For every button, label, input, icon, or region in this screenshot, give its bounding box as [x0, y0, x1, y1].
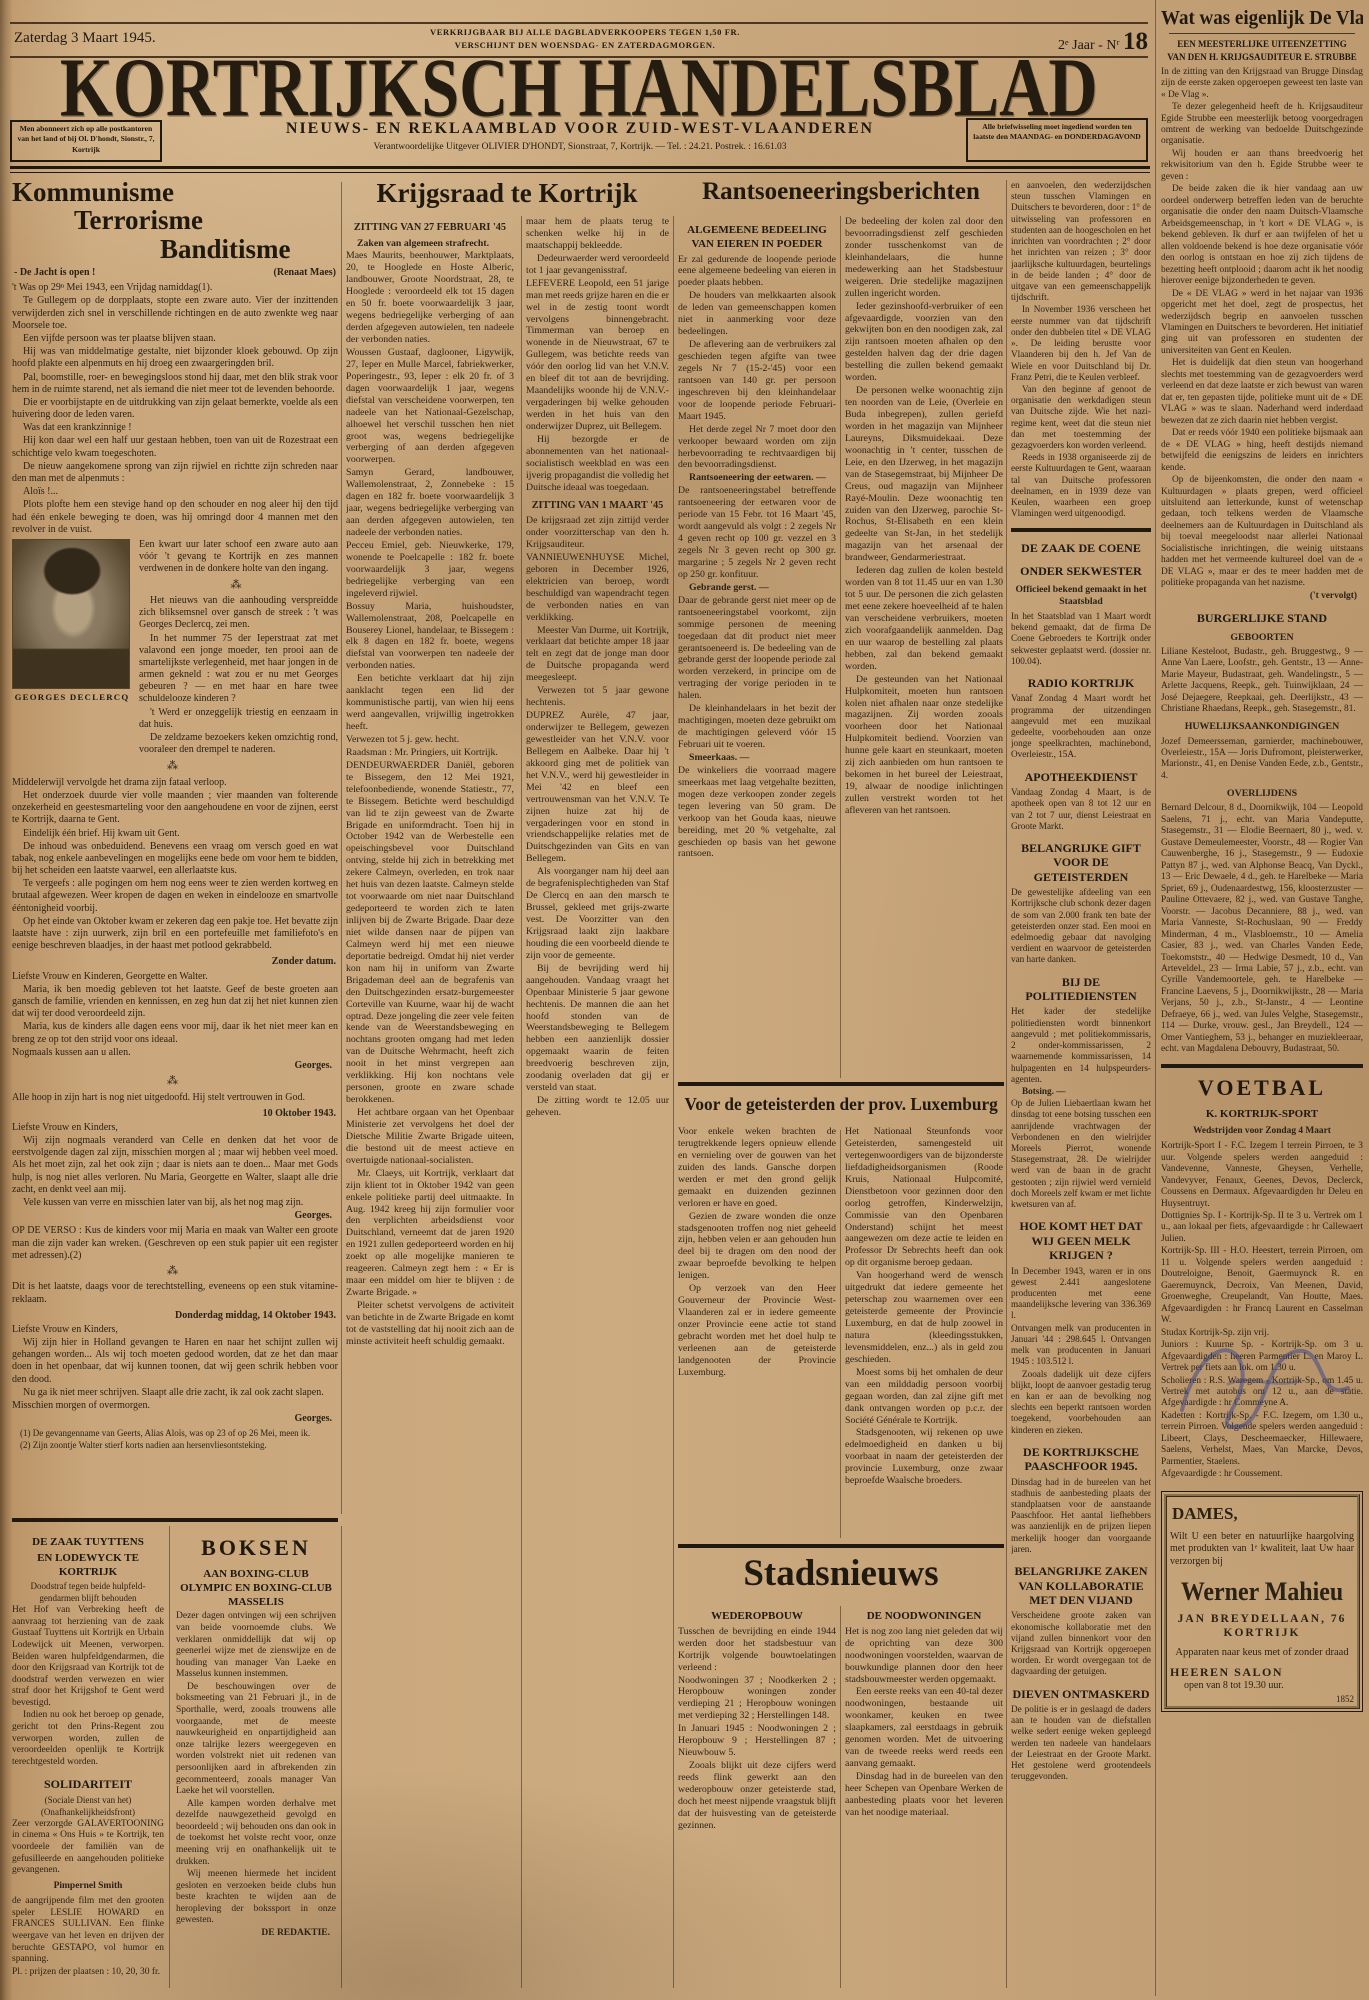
paragraph: Bij de bevrijding werd hij aangehouden. …: [526, 963, 669, 1094]
paragraph: Te vergeefs : alle pogingen om hem nog e…: [12, 878, 338, 915]
paragraph: Raadsman : Mr. Pringiers, uit Kortrijk.: [346, 747, 514, 759]
devlag-subtitle-1: EEN MEESTERLIJKE UITEENZETTING: [1161, 38, 1363, 50]
paragraph: Indien nu ook het beroep op genade, geri…: [12, 1710, 164, 1768]
section-headline: VOETBAL: [1161, 1076, 1363, 1100]
devlag-headline: Wat was eigenlijk De Vlag ?: [1161, 6, 1353, 30]
subscribe-box: Men abonneert zich op alle postkantoren …: [10, 120, 162, 162]
paragraph: Gezien de zware wonden die onze stadsgen…: [678, 1211, 836, 1283]
heavy-rule: [1011, 528, 1151, 532]
paragraph: Samyn Gerard, landbouwer, Wallemolenstra…: [346, 467, 514, 539]
paragraph: Wij zijn hier in Holland gevangen te Har…: [12, 1337, 338, 1386]
column-rule-2: [521, 216, 522, 1988]
paragraph: Kortrijk-Sp. III - H.O. Heestert, terrei…: [1161, 1246, 1363, 1326]
col5r-body: en aanvoelen, den wederzijdschen steun t…: [1011, 180, 1151, 1783]
paragraph: De zeldzame bezoekers keken omzichtig ro…: [139, 732, 338, 756]
paragraph: De nieuw aangekomene sprong van zijn rij…: [12, 461, 338, 485]
column-stadsnieuws-1: WEDEROPBOUWTusschen de bevrijding en ein…: [678, 1602, 836, 1988]
section-heading: DE KORTRIJKSCHE PAASCHFOOR 1945.: [1011, 1445, 1151, 1474]
paragraph: De beide zaken die ik hier vandaag aan u…: [1161, 184, 1363, 287]
ad-address-line-2: KORTRIJK: [1170, 1626, 1354, 1640]
photo-row: GEORGES DECLERCQ Een kwart uur later sch…: [12, 539, 338, 757]
paragraph: LEFEVERE Leopold, een 51 jarige man met …: [526, 278, 669, 433]
paragraph: Middelerwijl vervolgde het drama zijn fa…: [12, 777, 338, 789]
kommunisme-body-c: ⁂Middelerwijl vervolgde het drama zijn f…: [12, 760, 338, 1451]
paragraph: Te Gullegem op de dorpplaats, stopte een…: [12, 295, 338, 332]
paragraph: De kleinhandelaars in het bezit der mach…: [678, 703, 836, 751]
paragraph: Woussen Gustaaf, daglooner, Ligywijk, 27…: [346, 347, 514, 466]
paragraph: De personen welke woonachtig zijn ten no…: [845, 385, 1003, 564]
section-heading: DIEVEN ONTMASKERD: [1011, 1687, 1151, 1701]
kicker: - De Jacht is open !: [14, 267, 95, 279]
signature: Georges.: [12, 1210, 332, 1222]
subheading-line: Doodstraf tegen beide hulpfeld-: [12, 1581, 164, 1592]
signature: ('t vervolgt): [1161, 591, 1357, 602]
bold-lead-paragraph: Gebrande gerst. —: [678, 582, 836, 594]
paragraph: De houders van melkkaarten alsook de led…: [678, 290, 836, 338]
column-rule-4b: [840, 1130, 841, 1538]
paragraph: Vanaf Zondag 4 Maart wordt het programma…: [1011, 693, 1151, 760]
bottom-left-section-rule: [12, 1518, 338, 1522]
section-heading: ONDER SEKWESTER: [1011, 564, 1151, 578]
krijgsraad-col2-body: ZITTING VAN 27 FEBRUARI '45Zaken van alg…: [346, 222, 514, 1348]
devlag-body: In de zitting van den Krijgsraad van Bru…: [1161, 67, 1363, 603]
signature: DE REDAKTIE.: [176, 1928, 330, 1940]
paragraph: Liefste Vrouw en Kinderen, Georgette en …: [12, 971, 338, 983]
paragraph: Kortrijk-Sport I - F.C. Izegem I terrein…: [1161, 1141, 1363, 1210]
paragraph: Op verzoek van den Heer Gouverneur der P…: [678, 1283, 836, 1379]
paragraph: Maria, ik ben moedig gebleven tot het la…: [12, 984, 338, 1021]
column-city-notices: en aanvoelen, den wederzijdschen steun t…: [1011, 180, 1151, 1988]
paragraph: De gesteunden van het Nationaal Hulpkomi…: [845, 674, 1003, 817]
ad-business-name: Werner Mahieu: [1177, 1576, 1346, 1608]
stadsnieuws-col2-body: DE NOODWONINGENHet is nog zoo lang niet …: [845, 1610, 1003, 1819]
paragraph: Vandaag Zondag 4 Maart, is de apotheek o…: [1011, 787, 1151, 832]
paragraph: Er zal gedurende de loopende periode een…: [678, 254, 836, 290]
paragraph: 't Werd er onzeggelijk triestig en eenza…: [139, 707, 338, 731]
paragraph: In het Staatsblad van 1 Maart wordt beke…: [1011, 611, 1151, 667]
paragraph: De rantsoeneeringstabel betreffende rant…: [678, 485, 836, 581]
paragraph: De « DE VLAG » werd in het najaar van 19…: [1161, 289, 1363, 358]
headline-line-2: Terrorisme: [74, 206, 338, 234]
section-heading: RADIO KORTRIJK: [1011, 676, 1151, 690]
paragraph: Het is nog zoo lang niet geleden dat wij…: [845, 1626, 1003, 1686]
issue-no: 18: [1123, 28, 1148, 55]
header-bottom-rule: [10, 166, 1150, 173]
paragraph: Daar de gebrande gerst niet meer op de r…: [678, 595, 836, 702]
paragraph: Reeds in 1938 organiseerde zij de eerste…: [1011, 452, 1151, 519]
krijgsraad-headline: Krijgsraad te Kortrijk: [344, 178, 670, 209]
separator-ornament: ⁂: [139, 579, 338, 592]
section-heading: HOE KOMT HET DAT WIJ GEEN MELK KRIJGEN ?: [1011, 1219, 1151, 1262]
paragraph: Zooals dadelijk uit deze cijfers blijkt,…: [1011, 1369, 1151, 1436]
paragraph: Scholieren : R.S. Waregem - Kortrijk-Sp.…: [1161, 1376, 1363, 1410]
footnote: (2) Zijn zoontje Walter stierf korts nad…: [12, 1440, 338, 1451]
bold-lead-paragraph: Smeerkaas. —: [678, 752, 836, 764]
paragraph: De inhoud was onbeduidend. Benevens een …: [12, 841, 338, 878]
section-heading: BURGERLIJKE STAND: [1161, 611, 1363, 625]
paragraph: De beschouwingen over de boksmeeting van…: [176, 1682, 336, 1798]
paragraph: Noodwoningen 37 ; Noodkerken 2 ; Heropbo…: [678, 1675, 836, 1723]
paragraph: Moest soms bij het omhalen de deur van e…: [845, 1367, 1003, 1427]
publisher-line: Verantwoordelijke Uitgever OLIVIER D'HON…: [200, 142, 960, 152]
paragraph: In Januari 1945 : Noodwoningen 2 ; Herop…: [678, 1723, 836, 1759]
stadsnieuws-top-rule: [678, 1544, 1004, 1548]
ad-dames-line: DAMES,: [1172, 1504, 1354, 1525]
subheading-line: gendarmen blijft behouden: [12, 1593, 164, 1604]
paragraph: Bernard Delcour, 8 d., Doornikwijk, 104 …: [1161, 803, 1363, 1055]
paragraph: Hij kon daar wel een half uur gestaan he…: [12, 435, 338, 459]
paragraph: DENDEURWAERDER Daniël, geboren te Bisseg…: [346, 760, 514, 1106]
section-subheading: WEDEROPBOUW: [678, 1610, 836, 1624]
luxemburg-top-rule: [678, 1082, 1004, 1086]
column-luxemburg-2: Het Nationaal Steunfonds voor Geteisterd…: [845, 1126, 1003, 1538]
paragraph: In November 1936 verscheen het eerste nu…: [1011, 304, 1151, 383]
paragraph: Als voorganger nam hij deel aan de begra…: [526, 866, 669, 962]
paragraph: Vele kussen van verre en misschien later…: [12, 1197, 338, 1209]
voetbal-section: VOETBALK. KORTRIJK-SPORTWedstrijden voor…: [1161, 1076, 1363, 1481]
paragraph: Het Nationaal Steunfonds voor Geteisterd…: [845, 1126, 1003, 1269]
section-heading: SOLIDARITEIT: [12, 1777, 164, 1791]
paragraph: Voor enkele weken brachten de terugtrekk…: [678, 1126, 836, 1210]
paragraph: Een kwart uur later schoof een zware aut…: [139, 539, 338, 576]
tuyttens-headline-1: DE ZAAK TUYTTENS: [12, 1536, 164, 1550]
paragraph: Te dezer gelegenheid heeft de h. Krijgsa…: [1161, 102, 1363, 148]
subheading: OVERLIJDENS: [1161, 788, 1363, 800]
subtitle-line: NIEUWS- EN REKLAAMBLAD VOOR ZUID-WEST-VL…: [200, 120, 960, 138]
paragraph: Mr. Claeys, uit Kortrijk, verklaart dat …: [346, 1168, 514, 1299]
paragraph: Kadetten : Kortrijk-Sp. - F.C. Izegem, o…: [1161, 1411, 1363, 1468]
hairdresser-ad: DAMES, Wilt U een beter en natuurlijke h…: [1161, 1491, 1363, 1712]
headline-line-1: Kommunisme: [12, 178, 338, 206]
paragraph: Liliane Kesteloot, Budastr., geh. Brugge…: [1161, 647, 1363, 716]
paragraph: Een vijfde persoon was ter plaatse blijv…: [12, 333, 338, 345]
devlag-rule: [1169, 33, 1355, 34]
paragraph: In de zitting van den Krijgsraad van Bru…: [1161, 67, 1363, 101]
column-stadsnieuws-2: DE NOODWONINGENHet is nog zoo lang niet …: [845, 1602, 1003, 1988]
paragraph: Iederen dag zullen de kolen besteld word…: [845, 565, 1003, 672]
ad-salon-line: HEEREN SALON: [1170, 1665, 1354, 1680]
paragraph: Op het einde van Oktober kwam er zekeren…: [12, 916, 338, 953]
paragraph: De gewestelijke afdeeling van een Kortri…: [1011, 887, 1151, 966]
paragraph: Het derde zegel Nr 7 moet door den verko…: [678, 424, 836, 472]
paragraph: Dinsdag had in de bureelen van den heer …: [845, 1771, 1003, 1819]
correspondence-box: Alle briefwisseling moet ingediend worde…: [966, 118, 1148, 162]
paragraph: Bossuy Maria, huishoudster, Wallemolenst…: [346, 601, 514, 673]
column-rantsoen-2: De bedeeling der kolen zal door den bevo…: [845, 216, 1003, 1078]
bold-lead-paragraph: Zaken van algemeen strafrecht.: [346, 238, 514, 250]
kommunisme-body-a: 't Was op 29ⁿ Mei 1943, een Vrijdag nami…: [12, 282, 338, 536]
column-rule-1c: [341, 1526, 342, 1988]
portrait-photo: [12, 539, 130, 689]
paragraph: Van hoogerhand werd de wensch uitgedrukt…: [845, 1270, 1003, 1366]
paragraph: Dit is het laatste, daags voor de terech…: [12, 1281, 338, 1305]
separator-ornament: ⁂: [12, 1265, 338, 1278]
column-boksen: BOKSENAAN BOXING-CLUB OLYMPIC EN BOXING-…: [176, 1528, 336, 1988]
subheading: ZITTING VAN 1 MAART '45: [526, 500, 669, 513]
bold-lead-paragraph: Rantsoeneering der eetwaren. —: [678, 472, 836, 484]
stadsnieuws-headline: Stadsnieuws: [678, 1552, 1004, 1595]
paragraph: Wij houden er aan thans breedvoerig het …: [1161, 149, 1363, 183]
bold-centered-line: Wedstrijden voor Zondag 4 Maart: [1161, 1126, 1363, 1137]
kicker-row: - De Jacht is open ! (Renaat Maes): [14, 267, 336, 279]
bold-lead-paragraph: Botsing. —: [1011, 1086, 1151, 1097]
paragraph: Alle hoop in zijn hart is nog niet uitge…: [12, 1092, 338, 1104]
subheading: Officieel bekend gemaakt in het Staatsbl…: [1011, 584, 1151, 608]
luxemburg-headline: Voor de geteisterden der prov. Luxemburg: [685, 1094, 998, 1115]
paragraph: Maria, kus de kinders alle dagen eens vo…: [12, 1021, 338, 1045]
section-subheading: K. KORTRIJK-SPORT: [1161, 1108, 1363, 1122]
column-right-rail: Wat was eigenlijk De Vlag ? EEN MEESTERL…: [1161, 6, 1363, 1994]
kommunisme-headline: Kommunisme Terrorisme Banditisme: [12, 178, 338, 263]
column-krijgsraad-1: ZITTING VAN 27 FEBRUARI '45Zaken van alg…: [346, 216, 514, 1988]
paragraph: Meester Van Durme, uit Kortrijk, verklaa…: [526, 625, 669, 685]
paragraph: Liefste Vrouw en Kinders,: [12, 1122, 338, 1134]
paragraph: Verwezen tot 5 jaar gewone hechtenis.: [526, 685, 669, 709]
section-heading: BIJ DE POLITIEDIENSTEN: [1011, 975, 1151, 1004]
signature: Georges.: [12, 1060, 332, 1072]
paragraph: Wij zijn nogmaals veranderd van Celle en…: [12, 1135, 338, 1196]
column-krijgsraad-2: maar hem de plaats terug te schenken wel…: [526, 216, 669, 1988]
paragraph: Pecceu Emiel, geb. Nieuwkerke, 179, wone…: [346, 540, 514, 600]
paragraph: de aangrijpende film met den grooten spe…: [12, 1896, 164, 1965]
paragraph: Van den beginne af genoot de organisatie…: [1011, 384, 1151, 451]
paragraph: DUPREZ Aurèle, 47 jaar, onderwijzer te B…: [526, 710, 669, 865]
burgerlijke-stand: BURGERLIJKE STANDGEBOORTENLiliane Kestel…: [1161, 611, 1363, 1068]
separator-ornament: ⁂: [12, 1075, 338, 1088]
paragraph: Ontvangen melk van producenten in Januar…: [1011, 1323, 1151, 1368]
paragraph: Wij meenen hiermede het incident geslote…: [176, 1869, 336, 1927]
column-rantsoen-1: ALGEMEENE BEDEELING VAN EIEREN IN POEDER…: [678, 216, 836, 1078]
paragraph: De politie is er in geslaagd de daders a…: [1011, 1704, 1151, 1783]
column-rule-1b: [169, 1526, 170, 1988]
subheading: GEBOORTEN: [1161, 632, 1363, 644]
column-rule-1: [341, 182, 342, 1514]
paragraph: Het achtbare orgaan van het Openbaar Min…: [346, 1107, 514, 1167]
column-rule-4c: [840, 1606, 841, 1988]
paragraph: Jozef Demeersseman, garnierder, machineb…: [1161, 737, 1363, 783]
tuyttens-headline-2: EN LODEWYCK TE KORTRIJK: [12, 1552, 164, 1580]
rantsoen-headline: Rantsoeneeringsberichten: [678, 178, 1004, 206]
column-rule-4a: [840, 216, 841, 1078]
paragraph: Pleiter schetst vervolgens de activiteit…: [346, 1300, 514, 1348]
paragraph: De krijgsraad zet zijn zittijd verder on…: [526, 515, 669, 551]
headline-line-3: Banditisme: [160, 235, 338, 263]
paragraph: Dinsdag had in de bureelen van het stadh…: [1011, 1477, 1151, 1556]
paragraph: Afgevaardigde : hr Coussement.: [1161, 1469, 1363, 1480]
paragraph: Die er voorbijstapte en de uitdrukking v…: [12, 397, 338, 421]
section-headline: BOKSEN: [176, 1536, 336, 1560]
paragraph: Liefste Vrouw en Kinders,: [12, 1324, 338, 1336]
ad-reference-number: 1852: [1170, 1694, 1354, 1705]
paragraph: Verwezen tot 5 j. gew. hecht.: [346, 734, 514, 746]
paragraph: Stadsgenooten, wij rekenen op uwe edelmo…: [845, 1427, 1003, 1487]
paragraph: Op de bijeenkomsten, die onder den naam …: [1161, 475, 1363, 590]
krijgsraad-col3-body: maar hem de plaats terug te schenken wel…: [526, 216, 669, 1119]
paragraph: maar hem de plaats terug te schenken wel…: [526, 216, 669, 252]
paragraph: Pl. : prijzen der plaatsen : 10, 20, 30 …: [12, 1967, 164, 1979]
boksen-body: BOKSENAAN BOXING-CLUB OLYMPIC EN BOXING-…: [176, 1536, 336, 1940]
header-subtitle: NIEUWS- EN REKLAAMBLAD VOOR ZUID-WEST-VL…: [200, 120, 960, 152]
rantsoen-col5-body: De bedeeling der kolen zal door den bevo…: [845, 216, 1003, 817]
paragraph: Het kader der stedelijke politiediensten…: [1011, 1006, 1151, 1085]
luxemburg-col2-body: Het Nationaal Steunfonds voor Geteisterd…: [845, 1126, 1003, 1487]
footnote: (1) De gevangenname van Geerts, Alias Al…: [12, 1428, 338, 1439]
section-subheading: ALGEMEENE BEDEELING VAN EIEREN IN POEDER: [678, 224, 836, 252]
paragraph: OP DE VERSO : Kus de kinders voor mij Ma…: [12, 1225, 338, 1262]
paragraph: De winkeliers die voorraad magere smeerk…: [678, 765, 836, 861]
paragraph: Een eerste reeks van een 40-tal dezer no…: [845, 1686, 1003, 1770]
dateline: Donderdag middag, 14 Oktober 1943.: [12, 1310, 336, 1322]
paragraph: VANNIEUWENHUYSE Michel, geboren in Decem…: [526, 552, 669, 624]
paragraph: Nogmaals kussen aan u allen.: [12, 1047, 338, 1059]
rantsoen-col4-body: ALGEMEENE BEDEELING VAN EIEREN IN POEDER…: [678, 224, 836, 860]
paragraph: en aanvoelen, den wederzijdschen steun t…: [1011, 180, 1151, 303]
column-luxemburg-1: Voor enkele weken brachten de terugtrekk…: [678, 1126, 836, 1538]
photo-caption: GEORGES DECLERCQ: [12, 692, 132, 703]
ad-address-line-1: JAN BREYDELLAAN, 76: [1170, 1612, 1354, 1626]
paragraph: Dat er reeds vóór 1940 een politieke bij…: [1161, 428, 1363, 474]
paragraph: Pal, boomstille, roer- en bewegingsloos …: [12, 372, 338, 396]
newspaper-page: Zaterdag 3 Maart 1945. VERKRIJGBAAR BIJ …: [0, 0, 1369, 2000]
column-rule-5: [1006, 180, 1007, 1988]
signature: Georges.: [12, 1413, 332, 1425]
section-heading: DE ZAAK DE COENE: [1011, 541, 1151, 555]
dateline: 10 Oktober 1943.: [12, 1108, 336, 1120]
paragraph: Dottignies Sp. I - Kortrijk-Sp. II te 3 …: [1161, 1211, 1363, 1245]
paragraph: Plots plofte hem een stevige hand op den…: [12, 499, 338, 536]
paragraph: Dedeurwaerder werd veroordeeld tot 1 jaa…: [526, 253, 669, 277]
paragraph: Eindelijk één brief. Hij kwam uit Gent.: [12, 828, 338, 840]
paragraph: Het is duidelijk dat dien steun van hoog…: [1161, 358, 1363, 427]
section-heading: APOTHEEKDIENST: [1011, 770, 1151, 784]
paragraph: Studax Kortrijk-Sp. zijn vrij.: [1161, 1328, 1363, 1339]
heavy-rule: [1161, 1064, 1363, 1068]
paragraph: Hij bezorgde er de abonnementen van het …: [526, 434, 669, 494]
subheading-line: (Sociale Dienst van het): [12, 1795, 164, 1806]
paragraph: Dezer dagen ontvingen wij een schrijven …: [176, 1611, 336, 1680]
paragraph: Ieder gezinshoofd-verbruiker of een afge…: [845, 301, 1003, 385]
paragraph: Alle kampen worden derhalve met dezelfde…: [176, 1799, 336, 1868]
header-top-rule: [10, 22, 1148, 24]
column-rule-6: [1155, 0, 1156, 1996]
masthead-title: KORTRIJKSCH HANDELSBLAD: [10, 62, 1148, 120]
paragraph: In het nummer 75 der Ieperstraat zat met…: [139, 633, 338, 706]
byline: (Renaat Maes): [274, 267, 336, 279]
paragraph: De bedeeling der kolen zal door den bevo…: [845, 216, 1003, 300]
paragraph: Tusschen de bevrijding en einde 1944 wer…: [678, 1626, 836, 1674]
paragraph: Het onderzoek duurde vier volle maanden …: [12, 790, 338, 827]
paragraph: Een betichte verklaart dat hij zijn aank…: [346, 673, 514, 733]
section-heading: BELANGRIJKE ZAKEN VAN KOLLABORATIE MET D…: [1011, 1564, 1151, 1607]
paragraph: Was dat een krankzinnige !: [12, 422, 338, 434]
devlag-subtitle-2: VAN DEN H. KRIJGSAUDITEUR E. STRUBBE: [1161, 51, 1363, 63]
paragraph: Misschien morgen of overmorgen.: [12, 1400, 338, 1412]
column-rule-3: [673, 216, 674, 1988]
paragraph: Nu ga ik niet meer schrijven. Slaapt all…: [12, 1387, 338, 1399]
bold-centered-line: Pimpernel Smith: [12, 1881, 164, 1893]
dateline: Zonder datum.: [12, 956, 336, 968]
paragraph: De zitting wordt te 12.05 uur geheven.: [526, 1095, 669, 1119]
paragraph: Op de Julien Liebaertlaan kwam het dinsd…: [1011, 1098, 1151, 1210]
paragraph: De aflevering aan de verbruikers zal ges…: [678, 339, 836, 423]
portrait-figure: GEORGES DECLERCQ: [12, 539, 132, 757]
paragraph: Juniors : Kuurne Sp. - Kortrijk-Sp. om 3…: [1161, 1340, 1363, 1374]
section-subheading: DE NOODWONINGEN: [845, 1610, 1003, 1624]
luxemburg-col1-body: Voor enkele weken brachten de terugtrekk…: [678, 1126, 836, 1379]
availability-line-1: VERKRIJGBAAR BIJ ALLE DAGBLADVERKOOPERS …: [390, 26, 780, 39]
stadsnieuws-col1-body: WEDEROPBOUWTusschen de bevrijding en ein…: [678, 1610, 836, 1832]
paragraph: Maes Maurits, beenhouwer, Marktplaats, 2…: [346, 250, 514, 346]
ad-body-text: Wilt U een beter en natuurlijke haargolv…: [1170, 1531, 1354, 1569]
column-tuyttens-solidariteit: DE ZAAK TUYTTENS EN LODEWYCK TE KORTRIJK…: [12, 1528, 164, 1988]
paragraph: Zooals blijkt uit deze cijfers werd reed…: [678, 1760, 836, 1832]
subheading-line: (Onafhankelijkheidsfront): [12, 1807, 164, 1818]
paragraph: Aloïs !...: [12, 486, 338, 498]
ad-apparatus-line: Apparaten naar keus met of zonder draad: [1170, 1646, 1354, 1660]
subheading: HUWELIJKSAANKONDIGINGEN: [1161, 721, 1363, 733]
section-subheading: AAN BOXING-CLUB OLYMPIC EN BOXING-CLUB M…: [176, 1568, 336, 1609]
ad-hours-line: open van 8 tot 19.30 uur.: [1184, 1680, 1354, 1692]
paragraph: In December 1943, waren er in ons gewest…: [1011, 1266, 1151, 1322]
paragraph: Verscheidene groote zaken van ekonomisch…: [1011, 1610, 1151, 1677]
kommunisme-body-b: Een kwart uur later schoof een zware aut…: [139, 539, 338, 757]
subheading: ZITTING VAN 27 FEBRUARI '45: [346, 222, 514, 235]
column-kommunisme: Kommunisme Terrorisme Banditisme - De Ja…: [12, 178, 338, 1514]
section-heading: BELANGRIJKE GIFT VOOR DE GETEISTERDEN: [1011, 841, 1151, 884]
tuyttens-body: Doodstraf tegen beide hulpfeld-gendarmen…: [12, 1581, 164, 1978]
paragraph: Zeer verzorgde GALAVERTOONING in cinema …: [12, 1819, 164, 1877]
paragraph: 't Was op 29ⁿ Mei 1943, een Vrijdag nami…: [12, 282, 338, 294]
paragraph: Het nieuws van die aanhouding verspreidd…: [139, 595, 338, 632]
paragraph: Hij was van middelmatige gestalte, niet …: [12, 346, 338, 370]
masthead-title-text: KORTRIJKSCH HANDELSBLAD: [60, 47, 1098, 131]
separator-ornament: ⁂: [12, 760, 338, 773]
paragraph: Het Hof van Verbreking heeft de aanvraag…: [12, 1605, 164, 1709]
